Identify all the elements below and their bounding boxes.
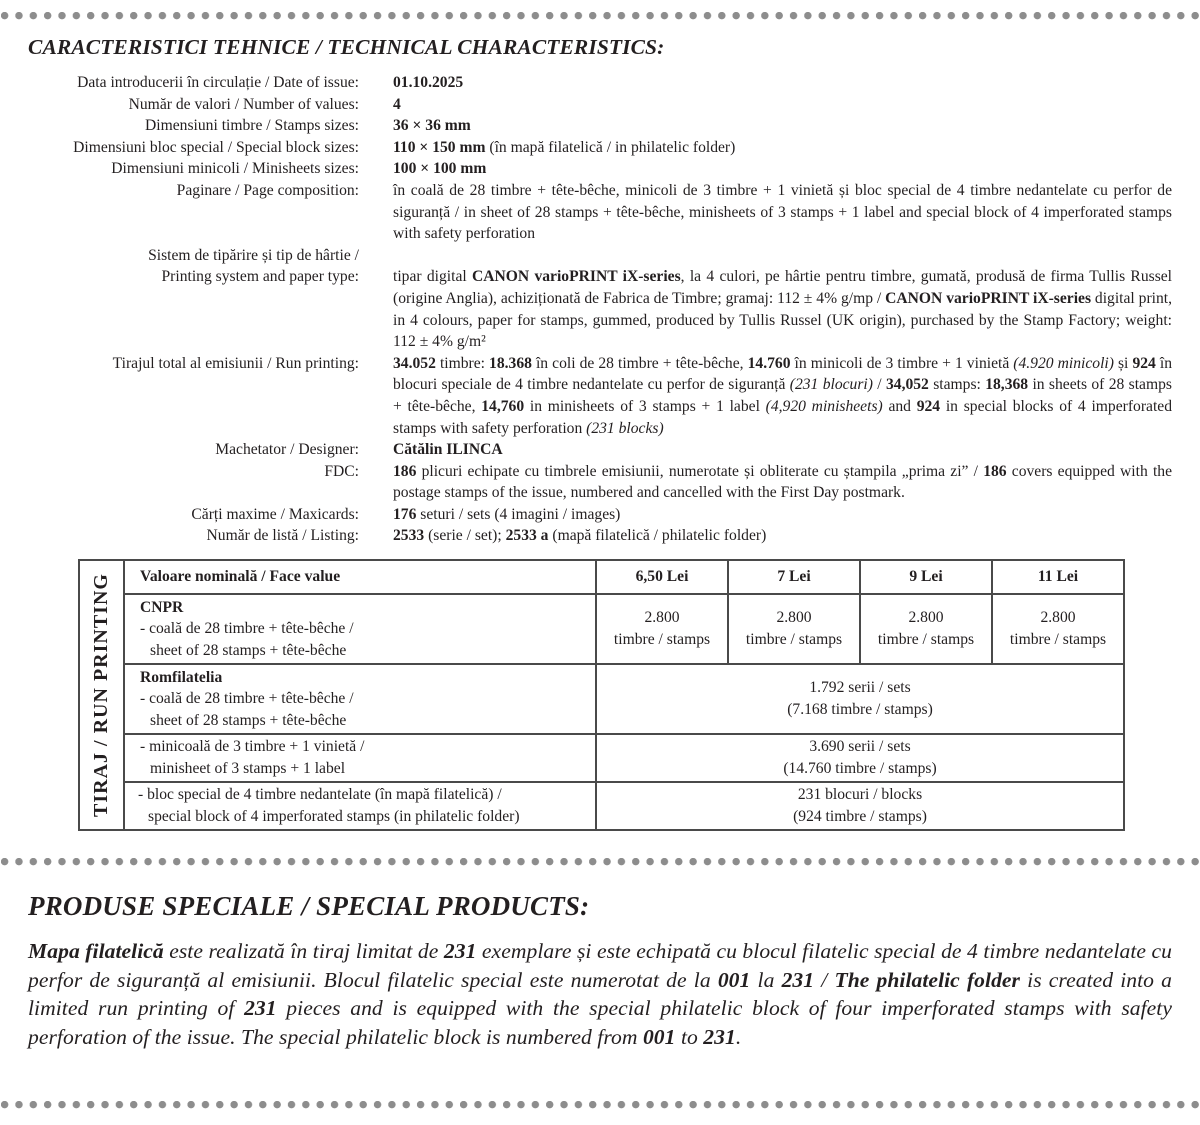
minisheet-value: 3.690 serii / sets (14.760 timbre / stam… bbox=[596, 734, 1124, 782]
cnpr-description: CNPR - coală de 28 timbre + tête-bêche /… bbox=[124, 594, 596, 664]
special-products-heading: PRODUSE SPECIALE / SPECIAL PRODUCTS: bbox=[28, 891, 589, 922]
face-value-11: 11 Lei bbox=[992, 560, 1124, 594]
spec-value: 4 bbox=[393, 94, 1172, 116]
special-block-value: 231 blocuri / blocks (924 timbre / stamp… bbox=[596, 782, 1124, 830]
spec-row: Data introducerii în circulație / Date o… bbox=[0, 72, 1200, 94]
spec-row: Dimensiuni timbre / Stamps sizes:36 × 36… bbox=[0, 115, 1200, 137]
spec-label: Număr de valori / Number of values: bbox=[0, 94, 359, 116]
face-value-6-50: 6,50 Lei bbox=[596, 560, 728, 594]
technical-characteristics-heading: CARACTERISTICI TEHNICE / TECHNICAL CHARA… bbox=[28, 35, 664, 60]
spec-value: 34.052 timbre: 18.368 în coli de 28 timb… bbox=[393, 353, 1172, 439]
spec-value: 176 seturi / sets (4 imagini / images) bbox=[393, 504, 1172, 526]
special-block-line1: - bloc special de 4 timbre nedantelate (… bbox=[138, 784, 595, 806]
face-value-9: 9 Lei bbox=[860, 560, 992, 594]
romfilatelia-title: Romfilatelia bbox=[140, 667, 595, 689]
spec-value: 100 × 100 mm bbox=[393, 158, 1172, 180]
table-row-minisheet: - minicoală de 3 timbre + 1 vinietă / mi… bbox=[79, 734, 1124, 782]
spec-label: Sistem de tipărire și tip de hârtie / Pr… bbox=[0, 245, 359, 353]
spec-value: 36 × 36 mm bbox=[393, 115, 1172, 137]
spec-row: Sistem de tipărire și tip de hârtie / Pr… bbox=[0, 245, 1200, 353]
romfilatelia-sheet-value: 1.792 serii / sets (7.168 timbre / stamp… bbox=[596, 664, 1124, 734]
spec-row: Machetator / Designer:Cătălin ILINCA bbox=[0, 439, 1200, 461]
spec-row: Tirajul total al emisiunii / Run printin… bbox=[0, 353, 1200, 439]
side-label-text: TIRAJ / RUN PRINTING bbox=[91, 573, 113, 817]
spec-label: Dimensiuni timbre / Stamps sizes: bbox=[0, 115, 359, 137]
cnpr-value-9: 2.800timbre / stamps bbox=[860, 594, 992, 664]
minisheet-line1: - minicoală de 3 timbre + 1 vinietă / bbox=[140, 736, 595, 758]
spec-value: 110 × 150 mm (în mapă filatelică / in ph… bbox=[393, 137, 1172, 159]
romfilatelia-line1: - coală de 28 timbre + tête-bêche / bbox=[140, 688, 595, 710]
spec-row: Dimensiuni bloc special / Special block … bbox=[0, 137, 1200, 159]
spec-label: Număr de listă / Listing: bbox=[0, 525, 359, 547]
run-printing-table: TIRAJ / RUN PRINTING Valoare nominală / … bbox=[78, 559, 1125, 831]
table-row-romfilatelia-sheet: Romfilatelia - coală de 28 timbre + tête… bbox=[79, 664, 1124, 734]
run-printing-side-label: TIRAJ / RUN PRINTING bbox=[79, 560, 124, 830]
cnpr-value-7: 2.800timbre / stamps bbox=[728, 594, 860, 664]
table-row-special-block: - bloc special de 4 timbre nedantelate (… bbox=[79, 782, 1124, 830]
cnpr-value-11: 2.800timbre / stamps bbox=[992, 594, 1124, 664]
romfilatelia-line2: sheet of 28 stamps + tête-bêche bbox=[140, 710, 595, 732]
cnpr-line2: sheet of 28 stamps + tête-bêche bbox=[140, 640, 595, 662]
face-value-7: 7 Lei bbox=[728, 560, 860, 594]
spec-value: 186 plicuri echipate cu timbrele emisiun… bbox=[393, 461, 1172, 504]
spec-value: Cătălin ILINCA bbox=[393, 439, 1172, 461]
romfilatelia-description: Romfilatelia - coală de 28 timbre + tête… bbox=[124, 664, 596, 734]
spec-row: Cărți maxime / Maxicards:176 seturi / se… bbox=[0, 504, 1200, 526]
minisheet-description: - minicoală de 3 timbre + 1 vinietă / mi… bbox=[124, 734, 596, 782]
spec-row: Dimensiuni minicoli / Minisheets sizes:1… bbox=[0, 158, 1200, 180]
dotted-divider-middle bbox=[0, 858, 1200, 866]
cnpr-value-6-50: 2.800timbre / stamps bbox=[596, 594, 728, 664]
spec-value: în coală de 28 timbre + tête-bêche, mini… bbox=[393, 180, 1172, 245]
spec-label: FDC: bbox=[0, 461, 359, 504]
spec-label: Machetator / Designer: bbox=[0, 439, 359, 461]
spec-list: Data introducerii în circulație / Date o… bbox=[0, 72, 1200, 547]
cnpr-line1: - coală de 28 timbre + tête-bêche / bbox=[140, 618, 595, 640]
dotted-divider-top bbox=[0, 12, 1200, 20]
spec-label: Dimensiuni bloc special / Special block … bbox=[0, 137, 359, 159]
special-block-line2: special block of 4 imperforated stamps (… bbox=[138, 806, 595, 828]
dotted-divider-bottom bbox=[0, 1101, 1200, 1109]
spec-label: Cărți maxime / Maxicards: bbox=[0, 504, 359, 526]
spec-value: 2533 (serie / set); 2533 a (mapă filatel… bbox=[393, 525, 1172, 547]
table-header-row: TIRAJ / RUN PRINTING Valoare nominală / … bbox=[79, 560, 1124, 594]
minisheet-line2: minisheet of 3 stamps + 1 label bbox=[140, 758, 595, 780]
spec-label: Data introducerii în circulație / Date o… bbox=[0, 72, 359, 94]
spec-row: Număr de listă / Listing:2533 (serie / s… bbox=[0, 525, 1200, 547]
cnpr-title: CNPR bbox=[140, 597, 595, 619]
special-block-description: - bloc special de 4 timbre nedantelate (… bbox=[124, 782, 596, 830]
spec-value: 01.10.2025 bbox=[393, 72, 1172, 94]
spec-value: tipar digital CANON varioPRINT iX-series… bbox=[393, 245, 1172, 353]
spec-label: Paginare / Page composition: bbox=[0, 180, 359, 245]
spec-row: Paginare / Page composition:în coală de … bbox=[0, 180, 1200, 245]
spec-label: Dimensiuni minicoli / Minisheets sizes: bbox=[0, 158, 359, 180]
spec-label: Tirajul total al emisiunii / Run printin… bbox=[0, 353, 359, 439]
spec-row: FDC:186 plicuri echipate cu timbrele emi… bbox=[0, 461, 1200, 504]
spec-row: Număr de valori / Number of values:4 bbox=[0, 94, 1200, 116]
special-products-paragraph: Mapa filatelică este realizată în tiraj … bbox=[28, 937, 1172, 1051]
face-value-header: Valoare nominală / Face value bbox=[124, 560, 596, 594]
table-row-cnpr: CNPR - coală de 28 timbre + tête-bêche /… bbox=[79, 594, 1124, 664]
